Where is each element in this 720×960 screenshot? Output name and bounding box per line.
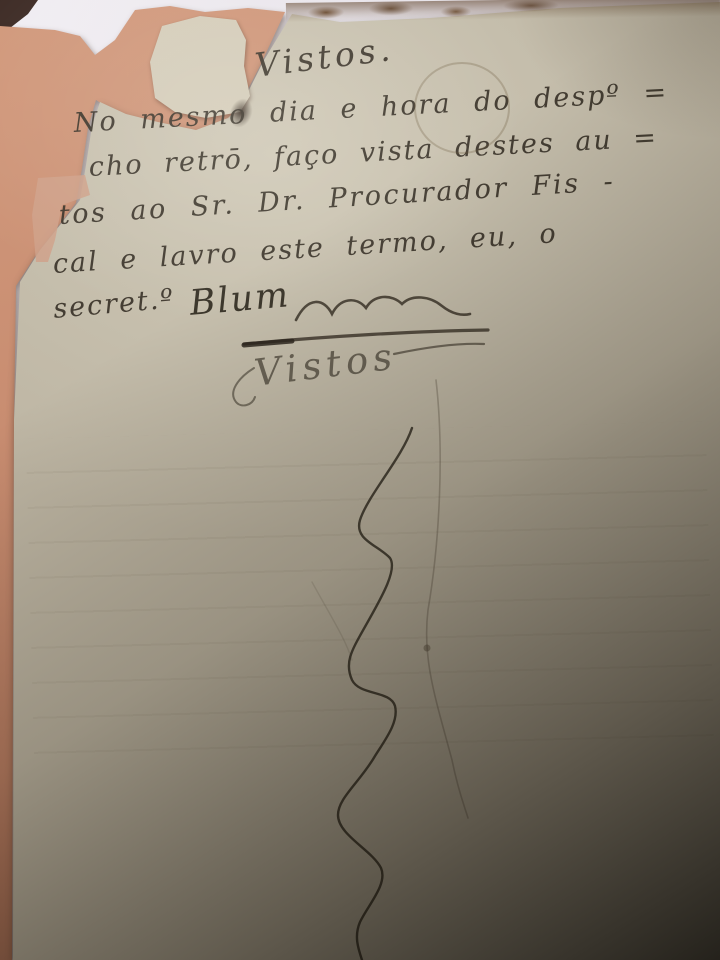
signature-underline-heavy-start — [244, 341, 292, 345]
crease-knot-mark — [424, 645, 431, 652]
crossbar-mark — [394, 344, 484, 354]
crease-line-mark — [427, 380, 468, 818]
circle-impression-mark — [415, 63, 509, 153]
signature-flourish-mark — [296, 297, 470, 320]
paren-flourish-mark — [233, 368, 255, 405]
crease-line-faint-mark — [312, 582, 352, 660]
ink-squiggle-mark — [338, 428, 412, 960]
document-photo: Vistos. No mesmo dia e hora do despº = c… — [0, 0, 720, 960]
pen-marks — [0, 0, 720, 960]
